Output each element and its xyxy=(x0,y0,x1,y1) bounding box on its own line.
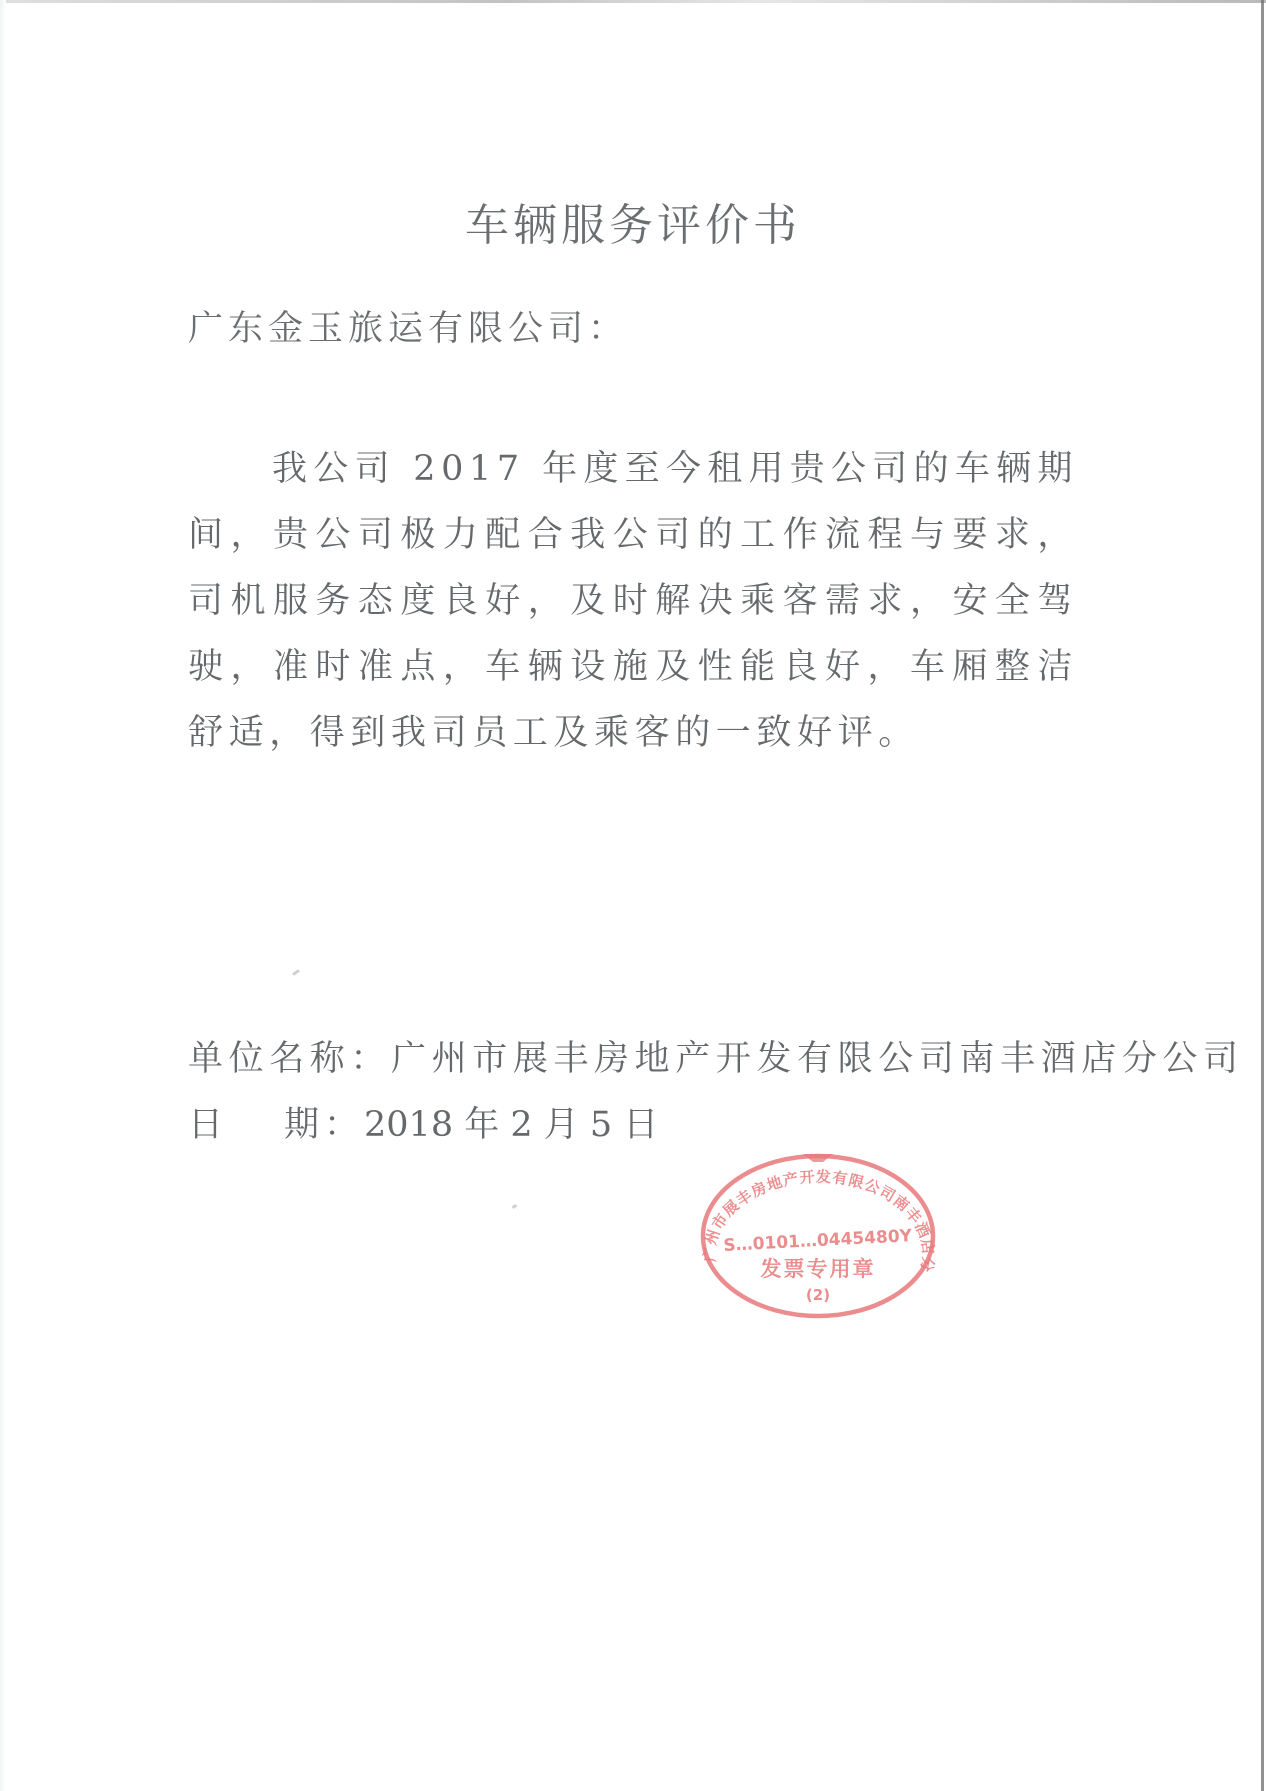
unit-name-label: 单位名称： xyxy=(188,1039,391,1079)
unit-name-value: 广州市展丰房地产开发有限公司南丰酒店分公司 xyxy=(391,1039,1244,1079)
scan-speck xyxy=(512,1204,518,1209)
scan-top-edge xyxy=(0,0,1266,3)
seal-icon: 广州市展丰房地产开发有限公司南丰酒店分公司 S…0101…0445480Y 发票… xyxy=(695,1148,941,1320)
date-value: 2018 年 2 月 5 日 xyxy=(364,1105,658,1145)
svg-text:(2): (2) xyxy=(806,1286,830,1304)
evaluation-body-paragraph: 我公司 2017 年度至今租用贵公司的车辆期间，贵公司极力配合我公司的工作流程与… xyxy=(188,436,1078,766)
scan-left-shade xyxy=(0,0,6,1791)
date-label-part1: 日 xyxy=(188,1102,284,1148)
document-title-text: 车辆服务评价书 xyxy=(465,196,801,256)
company-seal-stamp: 广州市展丰房地产开发有限公司南丰酒店分公司 S…0101…0445480Y 发票… xyxy=(695,1148,941,1320)
scan-right-edge xyxy=(1261,0,1264,1791)
signature-date-line: 日期：2018 年 2 月 5 日 xyxy=(188,1102,658,1148)
svg-text:S…0101…0445480Y: S…0101…0445480Y xyxy=(723,1226,913,1256)
signature-unit-line: 单位名称：广州市展丰房地产开发有限公司南丰酒店分公司 xyxy=(188,1036,1244,1082)
scan-speck xyxy=(292,969,300,976)
addressee: 广东金玉旅运有限公司： xyxy=(188,306,628,352)
date-label-part2: 期： xyxy=(284,1105,364,1145)
svg-text:发票专用章: 发票专用章 xyxy=(761,1256,876,1281)
document-title: 车辆服务评价书 xyxy=(0,196,1266,256)
